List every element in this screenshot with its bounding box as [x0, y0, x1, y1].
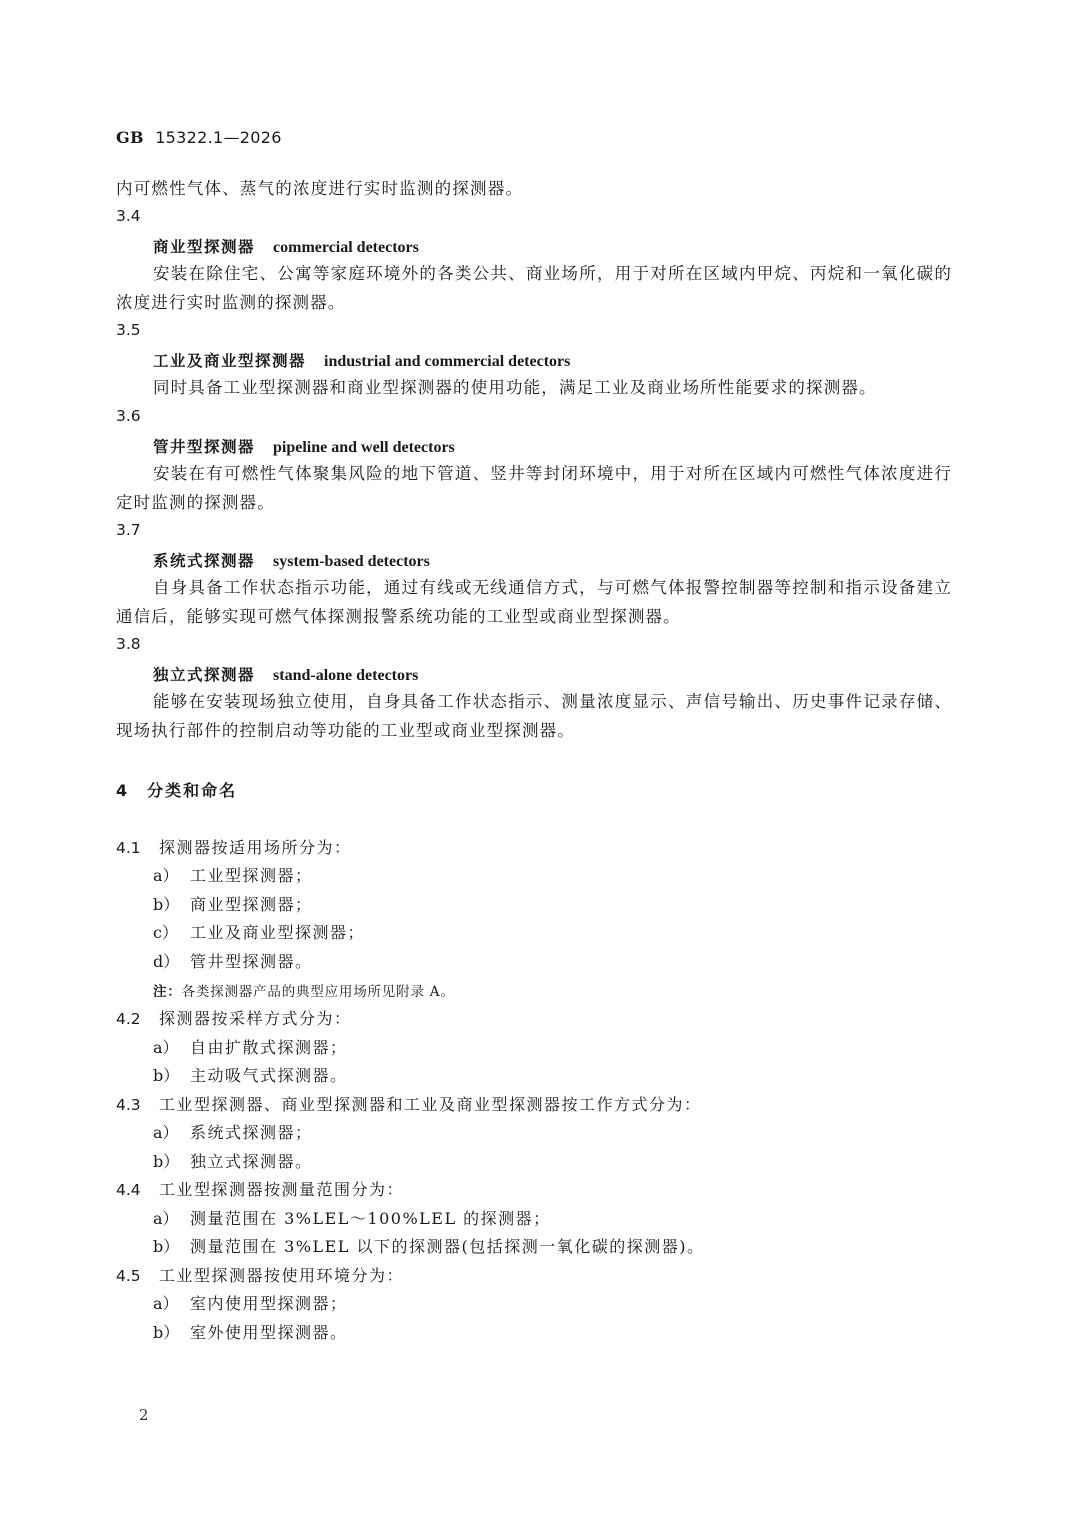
term-chinese: 管井型探测器: [153, 438, 255, 456]
item-text: 管井型探测器。: [190, 952, 313, 971]
item-label: b）: [153, 1320, 190, 1343]
list-item: a）室内使用型探测器；: [153, 1291, 348, 1314]
definition-term: 商业型探测器commercial detectors: [153, 235, 419, 257]
definition-number: 3.8: [116, 635, 141, 653]
definition-term: 管井型探测器pipeline and well detectors: [153, 435, 455, 457]
item-text: 测量范围在 3%LEL 以下的探测器(包括探测一氧化碳的探测器)。: [190, 1237, 704, 1256]
item-text: 独立式探测器。: [190, 1152, 313, 1171]
clause-number: 4.5: [116, 1267, 159, 1285]
clause: 4.1探测器按适用场所分为：: [116, 835, 352, 858]
term-english: commercial detectors: [273, 239, 419, 256]
clause: 4.2探测器按采样方式分为：: [116, 1006, 352, 1029]
definition-text: 安装在除住宅、公寓等家庭环境外的各类公共、商业场所，用于对所在区域内甲烷、丙烷和…: [116, 260, 952, 317]
list-item: a）工业型探测器；: [153, 863, 313, 886]
item-text: 商业型探测器；: [190, 895, 313, 914]
item-text: 测量范围在 3%LEL～100%LEL 的探测器；: [190, 1209, 551, 1228]
term-english: stand-alone detectors: [273, 667, 418, 684]
item-text: 室外使用型探测器。: [190, 1323, 348, 1342]
clause-number: 4.1: [116, 839, 159, 857]
note: 注：各类探测器产品的典型应用场所见附录 A。: [153, 980, 455, 1000]
definition-number: 3.4: [116, 207, 141, 225]
item-text: 工业及商业型探测器；: [190, 923, 365, 942]
definition-text: 自身具备工作状态指示功能，通过有线或无线通信方式，与可燃气体报警控制器等控制和指…: [116, 574, 952, 631]
item-text: 室内使用型探测器；: [190, 1294, 348, 1313]
term-chinese: 独立式探测器: [153, 666, 255, 684]
list-item: b）测量范围在 3%LEL 以下的探测器(包括探测一氧化碳的探测器)。: [153, 1234, 704, 1257]
item-label: a）: [153, 863, 190, 886]
item-label: a）: [153, 1120, 190, 1143]
item-label: d）: [153, 949, 190, 972]
item-label: a）: [153, 1035, 190, 1058]
item-text: 系统式探测器；: [190, 1123, 313, 1142]
list-item: a）系统式探测器；: [153, 1120, 313, 1143]
section-title: 分类和命名: [147, 781, 237, 800]
item-label: b）: [153, 1234, 190, 1257]
definition-term: 系统式探测器system-based detectors: [153, 549, 430, 571]
list-item: b）室外使用型探测器。: [153, 1320, 348, 1343]
definition-text: 安装在有可燃性气体聚集风险的地下管道、竖井等封闭环境中，用于对所在区域内可燃性气…: [116, 460, 952, 517]
clause-number: 4.2: [116, 1010, 159, 1028]
clause: 4.4工业型探测器按测量范围分为：: [116, 1177, 404, 1200]
definition-number: 3.7: [116, 521, 141, 539]
term-english: industrial and commercial detectors: [324, 353, 570, 370]
item-label: a）: [153, 1206, 190, 1229]
definition-text: 能够在安装现场独立使用，自身具备工作状态指示、测量浓度显示、声信号输出、历史事件…: [116, 688, 952, 745]
definition-text: 同时具备工业型探测器和商业型探测器的使用功能，满足工业及商业场所性能要求的探测器…: [116, 374, 952, 403]
standard-code: 15322.1—2026: [155, 128, 281, 147]
item-label: c）: [153, 920, 190, 943]
note-label: 注：: [153, 984, 182, 1000]
definition-term: 工业及商业型探测器industrial and commercial detec…: [153, 349, 570, 371]
term-english: pipeline and well detectors: [273, 439, 455, 456]
item-label: b）: [153, 892, 190, 915]
list-item: c）工业及商业型探测器；: [153, 920, 365, 943]
clause-text: 探测器按适用场所分为：: [159, 838, 352, 857]
clause-text: 探测器按采样方式分为：: [159, 1009, 352, 1028]
list-item: a）测量范围在 3%LEL～100%LEL 的探测器；: [153, 1206, 551, 1229]
clause-text: 工业型探测器按使用环境分为：: [159, 1266, 404, 1285]
standard-prefix: GB: [116, 128, 144, 147]
item-text: 工业型探测器；: [190, 866, 313, 885]
continuation-text: 内可燃性气体、蒸气的浓度进行实时监测的探测器。: [116, 175, 523, 203]
list-item: a）自由扩散式探测器；: [153, 1035, 348, 1058]
list-item: b）独立式探测器。: [153, 1149, 313, 1172]
section-heading: 4分类和命名: [116, 778, 237, 801]
item-label: b）: [153, 1063, 190, 1086]
clause: 4.5工业型探测器按使用环境分为：: [116, 1263, 404, 1286]
term-chinese: 商业型探测器: [153, 238, 255, 256]
clause-number: 4.4: [116, 1181, 159, 1199]
term-english: system-based detectors: [273, 553, 430, 570]
list-item: b）主动吸气式探测器。: [153, 1063, 348, 1086]
document-page: GB 15322.1—2026 内可燃性气体、蒸气的浓度进行实时监测的探测器。 …: [0, 0, 1080, 1527]
item-label: b）: [153, 1149, 190, 1172]
page-number: 2: [139, 1406, 149, 1424]
item-text: 主动吸气式探测器。: [190, 1066, 348, 1085]
standard-header: GB 15322.1—2026: [116, 128, 282, 147]
definition-number: 3.6: [116, 407, 141, 425]
clause-number: 4.3: [116, 1096, 159, 1114]
list-item: d）管井型探测器。: [153, 949, 313, 972]
note-text: 各类探测器产品的典型应用场所见附录 A。: [182, 984, 455, 1000]
item-text: 自由扩散式探测器；: [190, 1038, 348, 1057]
clause-text: 工业型探测器、商业型探测器和工业及商业型探测器按工作方式分为：: [159, 1095, 702, 1114]
term-chinese: 工业及商业型探测器: [153, 352, 306, 370]
clause-text: 工业型探测器按测量范围分为：: [159, 1180, 404, 1199]
term-chinese: 系统式探测器: [153, 552, 255, 570]
item-label: a）: [153, 1291, 190, 1314]
definition-term: 独立式探测器stand-alone detectors: [153, 663, 418, 685]
clause: 4.3工业型探测器、商业型探测器和工业及商业型探测器按工作方式分为：: [116, 1092, 702, 1115]
list-item: b）商业型探测器；: [153, 892, 313, 915]
definition-number: 3.5: [116, 321, 141, 339]
section-number: 4: [116, 781, 129, 800]
